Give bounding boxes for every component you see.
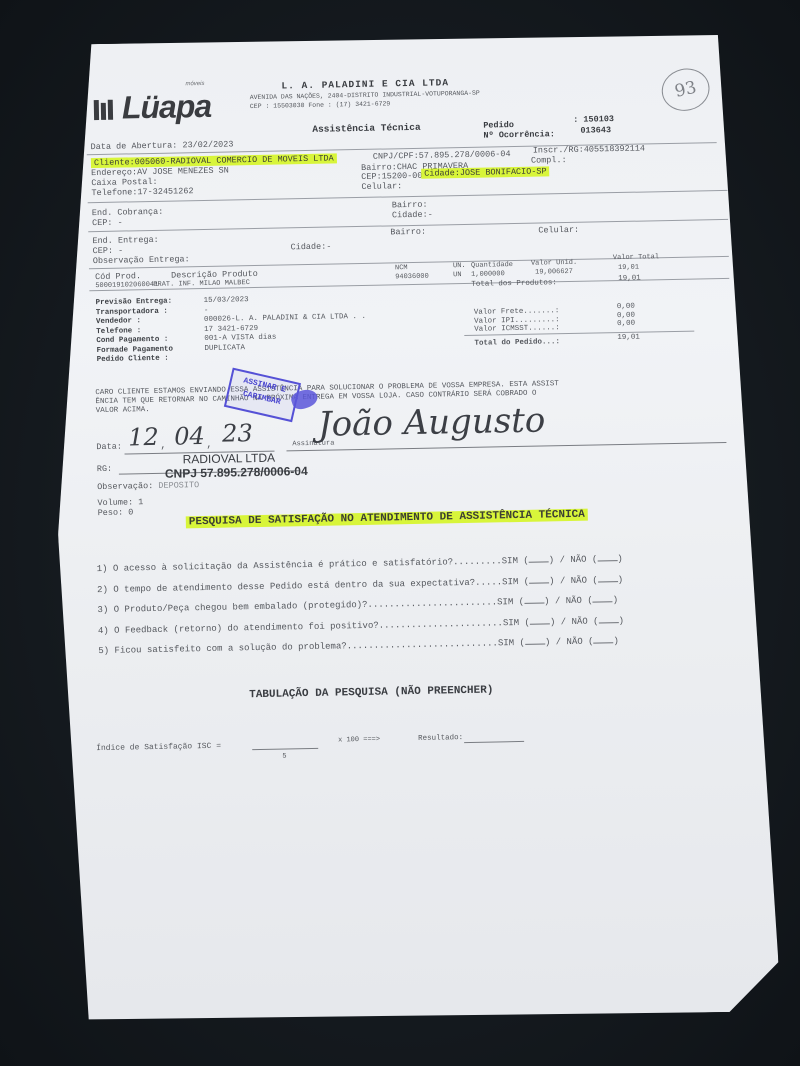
pedido-label: Pedido <box>483 120 514 131</box>
sim-checkbox[interactable] <box>529 561 549 562</box>
cell-valor-total: 19,01 <box>618 264 639 272</box>
date-sep: , <box>206 440 212 451</box>
total-label: Valor ICMSST......: <box>474 324 560 334</box>
nao-label: ) / NÃO ( <box>549 554 598 565</box>
col-header-valor-unid: Valor Unid. <box>531 259 577 268</box>
billing-city: Cidade:- <box>392 210 433 221</box>
luapa-logo-mark-icon <box>94 97 116 119</box>
delivery-cep: CEP: - <box>93 246 124 257</box>
nao-checkbox[interactable] <box>598 581 618 582</box>
order-info-value: DUPLICATA <box>204 344 245 353</box>
survey-question-4: 4) O Feedback (retorno) do atendimento f… <box>98 615 624 635</box>
question-text: 4) O Feedback (retorno) do atendimento f… <box>98 618 503 636</box>
order-info-label: Transportadora : <box>96 307 168 316</box>
question-text: 5) Ficou satisfeito com a solução do pro… <box>98 638 498 656</box>
total-pedido-value: 19,01 <box>617 334 640 342</box>
survey-questions: 1) O acesso à solicitação da Assistência… <box>49 31 761 45</box>
products-table: Cód Prod. Descrição Produto NCM UN. Quan… <box>49 31 761 45</box>
observacao-value: DEPOSITO <box>158 480 199 491</box>
sim-label: SIM ( <box>498 638 525 649</box>
order-info-value: 17 3421-6729 <box>204 324 258 333</box>
nao-checkbox[interactable] <box>594 642 614 643</box>
sim-checkbox[interactable] <box>524 603 544 604</box>
client-celular: Celular: <box>361 181 402 192</box>
total-pedido-label: Total do Pedido...: <box>474 338 560 348</box>
total-value: 0,00 <box>617 320 635 328</box>
ocorrencia-label: Nº Ocorrência: <box>483 129 555 140</box>
sim-label: SIM ( <box>502 556 529 567</box>
assistance-form-paper: móveis Lüapa L. A. PALADINI E CIA LTDA A… <box>49 31 780 1024</box>
question-text: 3) O Produto/Peça chegou bem embalado (p… <box>97 597 497 615</box>
total-produtos-label: Total dos Produtos: <box>471 279 557 289</box>
opening-date-label: Data de Abertura: 23/02/2023 <box>91 139 234 152</box>
client-city: Cidade:JOSE BONIFACIO-SP <box>421 166 550 178</box>
client-inscr: Inscr./RG:405518392114 <box>533 143 645 155</box>
date-month[interactable]: 04 <box>174 422 205 451</box>
handwritten-signature[interactable]: João Augusto <box>318 400 546 444</box>
nao-checkbox[interactable] <box>599 622 619 623</box>
date-year[interactable]: 23 <box>222 419 253 448</box>
date-day[interactable]: 12 <box>128 423 159 452</box>
survey-question-1: 1) O acesso à solicitação da Assistência… <box>97 554 623 574</box>
nao-checkbox[interactable] <box>597 560 617 561</box>
company-cep-phone: CEP : 15503030 Fone : (17) 3421-6729 <box>250 100 391 110</box>
volume: Volume: 1 <box>97 497 143 508</box>
billing-cep: CEP: - <box>92 218 123 229</box>
cell-ncm: 94036000 <box>395 273 429 282</box>
delivery-celular: Celular: <box>538 225 579 236</box>
isc-label: Índice de Satisfação ISC = <box>96 742 221 753</box>
order-info-label: Previsão Entrega: <box>96 298 173 307</box>
company-name: L. A. PALADINI E CIA LTDA <box>281 77 449 91</box>
survey-title: PESQUISA DE SATISFAÇÃO NO ATENDIMENTO DE… <box>186 509 588 529</box>
sign-and-stamp-stamp: ASSINAR E CARIMBAR <box>224 368 301 423</box>
nao-checkbox[interactable] <box>593 601 613 602</box>
sim-label: SIM ( <box>502 576 529 587</box>
cell-valor-unid: 19,006627 <box>535 268 573 277</box>
billing-bairro: Bairro: <box>392 200 428 211</box>
tabulation-title: TABULAÇÃO DA PESQUISA (NÃO PREENCHER) <box>249 685 493 702</box>
luapa-logo: móveis Lüapa <box>94 88 212 127</box>
table-row: 500019102060041 PRAT. INF. MILAO MALBEC … <box>49 31 761 45</box>
client-cep: CEP:15200-000 <box>361 171 427 182</box>
client-address: Endereço:AV JOSE MENEZES SN <box>91 165 229 178</box>
company-stamp-cnpj: CNPJ 57.895.278/0006-04 <box>165 464 308 481</box>
client-cnpj: CNPJ/CPF:57.895.278/0006-04 <box>373 149 511 162</box>
brand-tagline: móveis <box>185 81 204 87</box>
sim-checkbox[interactable] <box>530 623 550 624</box>
order-info-label: Telefone : <box>96 327 141 336</box>
client-compl: Compl.: <box>531 155 567 166</box>
ocorrencia-number: 013643 <box>580 125 611 136</box>
sim-label: SIM ( <box>497 597 524 608</box>
order-info-value: 001-A VISTA dias <box>204 334 276 343</box>
total-produtos-value: 19,01 <box>618 275 641 283</box>
isc-numerator-line[interactable] <box>252 748 318 750</box>
question-text: 1) O acesso à solicitação da Assistência… <box>97 556 502 574</box>
rg-label: RG: <box>97 464 113 474</box>
peso: Peso: 0 <box>98 507 134 518</box>
order-info-value: 15/03/2023 <box>204 296 249 305</box>
order-info-label: Cond Pagamento : <box>96 336 168 345</box>
col-header-un: UN. <box>453 262 466 270</box>
delivery-observation: Observação Entrega: <box>93 254 190 266</box>
isc-multiplier: x 100 ===> <box>338 736 380 745</box>
nao-label: ) / NÃO ( <box>545 637 594 648</box>
survey-question-5: 5) Ficou satisfeito com a solução do pro… <box>98 636 619 656</box>
order-info-label: Formade Pagamento <box>96 345 173 354</box>
result-label: Resultado: <box>418 734 463 743</box>
sim-label: SIM ( <box>503 617 530 628</box>
order-info-label: Vendedor : <box>96 317 141 326</box>
opening-date: 23/02/2023 <box>182 139 233 150</box>
pedido-number: : 150103 <box>573 114 614 125</box>
order-info-value: - <box>204 306 209 314</box>
col-header-ncm: NCM <box>395 264 408 272</box>
question-text: 2) O tempo de atendimento desse Pedido e… <box>97 577 502 595</box>
cell-quantidade: 1,000000 <box>471 270 505 279</box>
isc-denominator: 5 <box>282 752 286 760</box>
billing-address: End. Cobrança: <box>92 207 164 218</box>
sim-checkbox[interactable] <box>529 582 549 583</box>
survey-question-3: 3) O Produto/Peça chegou bem embalado (p… <box>97 595 618 615</box>
delivery-address: End. Entrega: <box>92 235 158 246</box>
date-sep: , <box>160 441 166 452</box>
nao-label: ) / NÃO ( <box>549 575 598 586</box>
total-value: 0,00 <box>617 311 635 319</box>
client-phone: Telefone:17-32451262 <box>91 186 193 198</box>
result-line[interactable] <box>464 741 524 743</box>
total-value: 0,00 <box>617 303 635 311</box>
order-info-list: Previsão Entrega:15/03/2023Transportador… <box>49 31 761 45</box>
order-info-label: Pedido Cliente : <box>97 355 169 364</box>
brand-name: Lüapa <box>122 88 212 126</box>
observacao-label: Observação: DEPOSITO <box>97 480 199 492</box>
cell-un: UN <box>453 271 462 279</box>
delivery-bairro: Bairro: <box>390 227 426 238</box>
nao-label: ) / NÃO ( <box>550 616 599 627</box>
col-header-quantidade: Quantidade <box>471 261 513 270</box>
col-header-valor-total: Valor Total <box>613 253 659 262</box>
delivery-city: Cidade:- <box>290 242 331 253</box>
nao-label: ) / NÃO ( <box>544 596 593 607</box>
totals-list: Valor Frete.......:0,00Valor IPI........… <box>49 31 761 45</box>
sim-checkbox[interactable] <box>525 644 545 645</box>
order-info-value: 000026-L. A. PALADINI & CIA LTDA . . <box>204 313 366 324</box>
date-label: Data: <box>96 442 122 452</box>
survey-question-2: 2) O tempo de atendimento desse Pedido e… <box>97 574 623 594</box>
notice-line-3: VALOR ACIMA. <box>96 406 150 415</box>
handwritten-circle-note: 93 <box>658 64 714 116</box>
document-title: Assistência Técnica <box>312 122 421 135</box>
